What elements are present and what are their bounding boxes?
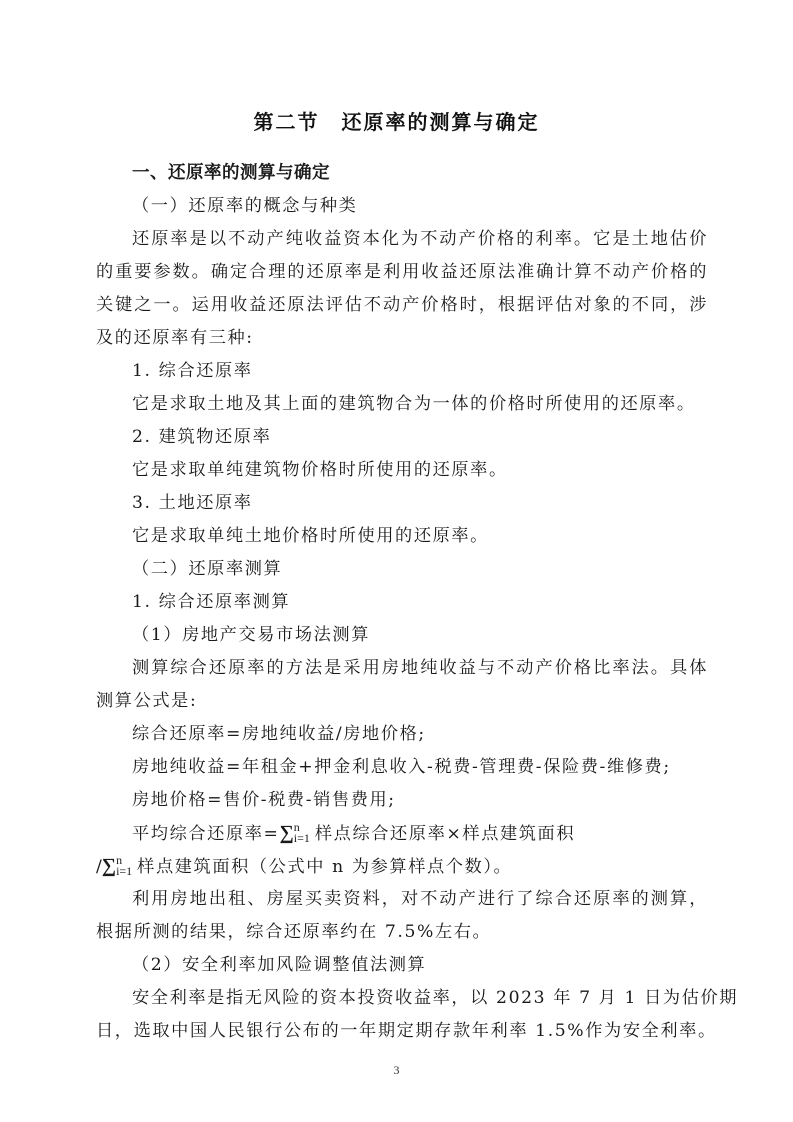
paragraph-line: 测算综合还原率的方法是采用房地纯收益与不动产价格比率法。具体 bbox=[96, 652, 708, 685]
formula-lhs: 平均综合还原率= bbox=[132, 824, 280, 844]
method-market-transaction: （1）房地产交易市场法测算 bbox=[96, 619, 708, 652]
paragraph-line: 及的还原率有三种: bbox=[96, 322, 708, 355]
sum-limits: ni=1 bbox=[116, 855, 132, 877]
section-number: 第二节 bbox=[254, 110, 320, 134]
paragraph-line: 安全利率是指无风险的资本投资收益率，以 2023 年 7 月 1 日为估价期 bbox=[96, 982, 708, 1015]
type-label-composite: 1. 综合还原率 bbox=[96, 355, 708, 388]
formula-denominator: 样点建筑面积（公式中 n 为参算样点个数）。 bbox=[137, 857, 512, 877]
method-safe-rate-risk: （2）安全利率加风险调整值法测算 bbox=[96, 949, 708, 982]
paragraph-line: 利用房地出租、房屋买卖资料，对不动产进行了综合还原率的测算， bbox=[96, 883, 708, 916]
sum-limits: ni=1 bbox=[294, 822, 310, 844]
sum-lower: i=1 bbox=[294, 833, 310, 844]
paragraph-line: 还原率是以不动产纯收益资本化为不动产价格的利率。它是土地估价 bbox=[96, 223, 708, 256]
item-composite-calculation: 1. 综合还原率测算 bbox=[96, 586, 708, 619]
page-number: 3 bbox=[0, 1063, 793, 1078]
type-label-building: 2. 建筑物还原率 bbox=[96, 421, 708, 454]
sum-symbol: ∑ bbox=[280, 822, 294, 844]
formula-property-price: 房地价格=售价-税费-销售费用; bbox=[96, 784, 708, 817]
heading-1: 一、还原率的测算与确定 bbox=[96, 157, 708, 190]
formula-average-rate: 平均综合还原率=∑ni=1样点综合还原率×样点建筑面积 bbox=[96, 817, 708, 850]
formula-composite-rate: 综合还原率=房地纯收益/房地价格; bbox=[96, 718, 708, 751]
paragraph-line: 日，选取中国人民银行公布的一年期定期存款年利率 1.5%作为安全利率。 bbox=[96, 1015, 708, 1048]
subheading-calculation: （二）还原率测算 bbox=[96, 553, 708, 586]
section-title: 第二节还原率的测算与确定 bbox=[0, 106, 793, 135]
paragraph-line: 关键之一。运用收益还原法评估不动产价格时，根据评估对象的不同，涉 bbox=[96, 289, 708, 322]
type-label-land: 3. 土地还原率 bbox=[96, 487, 708, 520]
document-page: 第二节还原率的测算与确定 一、还原率的测算与确定 （一）还原率的概念与种类 还原… bbox=[0, 0, 793, 1122]
type-description-composite: 它是求取土地及其上面的建筑物合为一体的价格时所使用的还原率。 bbox=[96, 388, 708, 421]
document-body: 一、还原率的测算与确定 （一）还原率的概念与种类 还原率是以不动产纯收益资本化为… bbox=[96, 157, 708, 1048]
paragraph-line: 测算公式是: bbox=[96, 685, 708, 718]
type-description-building: 它是求取单纯建筑物价格时所使用的还原率。 bbox=[96, 454, 708, 487]
sum-symbol: ∑ bbox=[102, 855, 116, 877]
section-name: 还原率的测算与确定 bbox=[342, 110, 540, 134]
formula-numerator: 样点综合还原率×样点建筑面积 bbox=[315, 824, 575, 844]
formula-net-income: 房地纯收益=年租金+押金利息收入-税费-管理费-保险费-维修费; bbox=[96, 751, 708, 784]
type-description-land: 它是求取单纯土地价格时所使用的还原率。 bbox=[96, 520, 708, 553]
sum-lower: i=1 bbox=[116, 866, 132, 877]
formula-average-rate-denominator: /∑ni=1样点建筑面积（公式中 n 为参算样点个数）。 bbox=[96, 850, 708, 883]
paragraph-line: 的重要参数。确定合理的还原率是利用收益还原法准确计算不动产价格的 bbox=[96, 256, 708, 289]
subheading-concept-types: （一）还原率的概念与种类 bbox=[96, 190, 708, 223]
paragraph-line: 根据所测的结果，综合还原率约在 7.5%左右。 bbox=[96, 916, 708, 949]
